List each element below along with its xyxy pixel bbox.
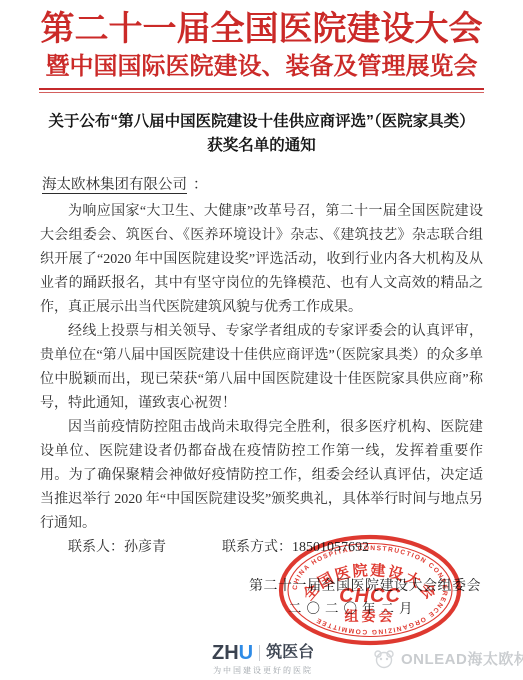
logo-divider: [259, 645, 260, 661]
notice-body: 为响应国家“大卫生、大健康”改革号召，第二十一届全国医院建设大会组委会、筑医台、…: [40, 200, 483, 560]
recipient-colon: ：: [193, 177, 208, 193]
header-divider: [39, 88, 484, 93]
onlead-name: ONLEAD海太欧林: [401, 648, 523, 669]
notice-title: 关于公布“第八届中国医院建设十佳供应商评选”（医院家具类） 获奖名单的通知: [30, 110, 493, 158]
notice-page: 第二十一届全国医院建设大会 暨中国国际医院建设、装备及管理展览会 关于公布“第八…: [0, 0, 523, 680]
zhu-letter-u: U: [239, 642, 253, 664]
official-stamp-icon: CHINA HOSPITAL CONSTRUCTION CONFERENCE O…: [277, 534, 463, 646]
zhu-logo: ZHU 筑医台 为中国建设更好的医院: [212, 643, 314, 676]
notice-title-line1: 关于公布“第八届中国医院建设十佳供应商评选”（医院家具类）: [48, 113, 474, 130]
contact-person: 孙彦青: [124, 540, 166, 555]
onlead-logo: ONLEAD海太欧林: [372, 648, 523, 669]
stamp-bottom-text: 组委会: [345, 608, 396, 625]
zhu-tagline: 为中国建设更好的医院: [212, 665, 314, 676]
header-title-line2: 暨中国国际医院建设、装备及管理展览会: [0, 52, 523, 82]
paragraph: 为响应国家“大卫生、大健康”改革号召，第二十一届全国医院建设大会组委会、筑医台、…: [40, 200, 483, 320]
paragraph: 因当前疫情防控阻击战尚未取得完全胜利，很多医疗机构、医院建设单位、医院建设者仍都…: [40, 416, 483, 536]
notice-title-line2: 获奖名单的通知: [207, 137, 316, 154]
recipient-line: 海太欧林集团有限公司：: [40, 174, 483, 196]
recipient-name: 海太欧林集团有限公司: [40, 177, 193, 193]
conference-header: 第二十一届全国医院建设大会 暨中国国际医院建设、装备及管理展览会: [0, 0, 523, 93]
header-title-line1: 第二十一届全国医院建设大会: [0, 8, 523, 52]
paragraph: 经线上投票与相关领导、专家学者组成的专家评委会的认真评审，贵单位在“第八届中国医…: [40, 320, 483, 416]
zhu-letters: ZHU: [212, 643, 253, 663]
zhu-cn-name: 筑医台: [266, 643, 314, 663]
panda-icon: [372, 649, 396, 669]
contact-person-label: 联系人：: [68, 540, 124, 555]
stamp-chcc-text: CHCC: [339, 585, 401, 607]
